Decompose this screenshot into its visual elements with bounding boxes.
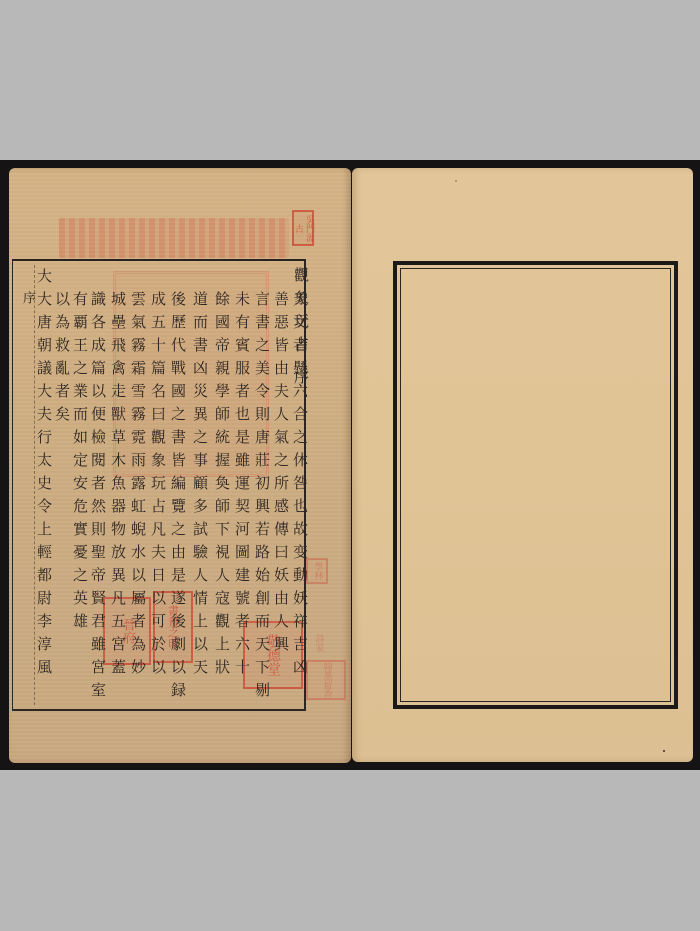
margin-seal-3: 翰墨留香 (306, 660, 346, 700)
attribution-column: 大唐朝議大夫行太史令上輕都尉李淳風 (35, 291, 53, 682)
text-column-10: 城壘飛禽走獸草木魚器物放異凡五宮蓋 (109, 291, 127, 682)
text-column-8: 成五十篇名曰觀象玩占凡夫日以可於以 (149, 291, 167, 682)
margin-seal-1: 學林 (306, 558, 328, 584)
preface-label: 序 (18, 291, 36, 312)
text-column-3: 言書之美令則唐莊初興若路始創而天下剔 (253, 291, 271, 705)
elevated-character: 大 (35, 268, 53, 291)
text-column-6: 道而書凶災異之事顧多試驗人情上以天 (191, 291, 209, 682)
text-column-2: 善惡皆由夫人氣之所感傳曰妖由人興 (272, 291, 290, 659)
text-column-4: 未有賓服者也是雖運契河圖建號者六十 (233, 291, 251, 682)
top-right-seal: 吳門汲古 (292, 210, 314, 246)
text-column-7: 後歷代戰國之書皆編覽之由是遂後劇以録 (169, 291, 187, 705)
text-column-9: 雲氣霧霜雪霧霓雨露虹蜺水以屬者為妙 (129, 291, 147, 682)
left-page: 吳門汲古 晉府 書畫之印 敬德堂 觀象玩占序 天文者懸六合之休咎也故变動妖祥吉凶… (9, 168, 351, 763)
text-column-5: 餘國帝親學師統握奐師下視人寇觀上狀 (213, 291, 231, 682)
blank-frame (393, 261, 678, 709)
right-page (352, 168, 693, 762)
paper-speck (663, 750, 665, 752)
text-frame: 晉府 書畫之印 敬德堂 觀象玩占序 天文者懸六合之休咎也故变動妖祥吉凶 善惡皆由… (12, 259, 306, 711)
margin-seal-2: 詩家 (307, 630, 329, 656)
text-column-13: 以為救亂者矣 (53, 291, 71, 429)
blank-frame-inner (400, 268, 671, 702)
text-column-11: 識各成篇以便檢閱者然則聖帝賢君雖宮室 (89, 291, 107, 705)
text-column-12: 有覇王之業而如定安危實憂之英雄 (71, 291, 89, 636)
top-band-seal (59, 218, 289, 258)
text-column-1: 天文者懸六合之休咎也故变動妖祥吉凶 (291, 291, 309, 682)
paper-speck (455, 180, 457, 182)
